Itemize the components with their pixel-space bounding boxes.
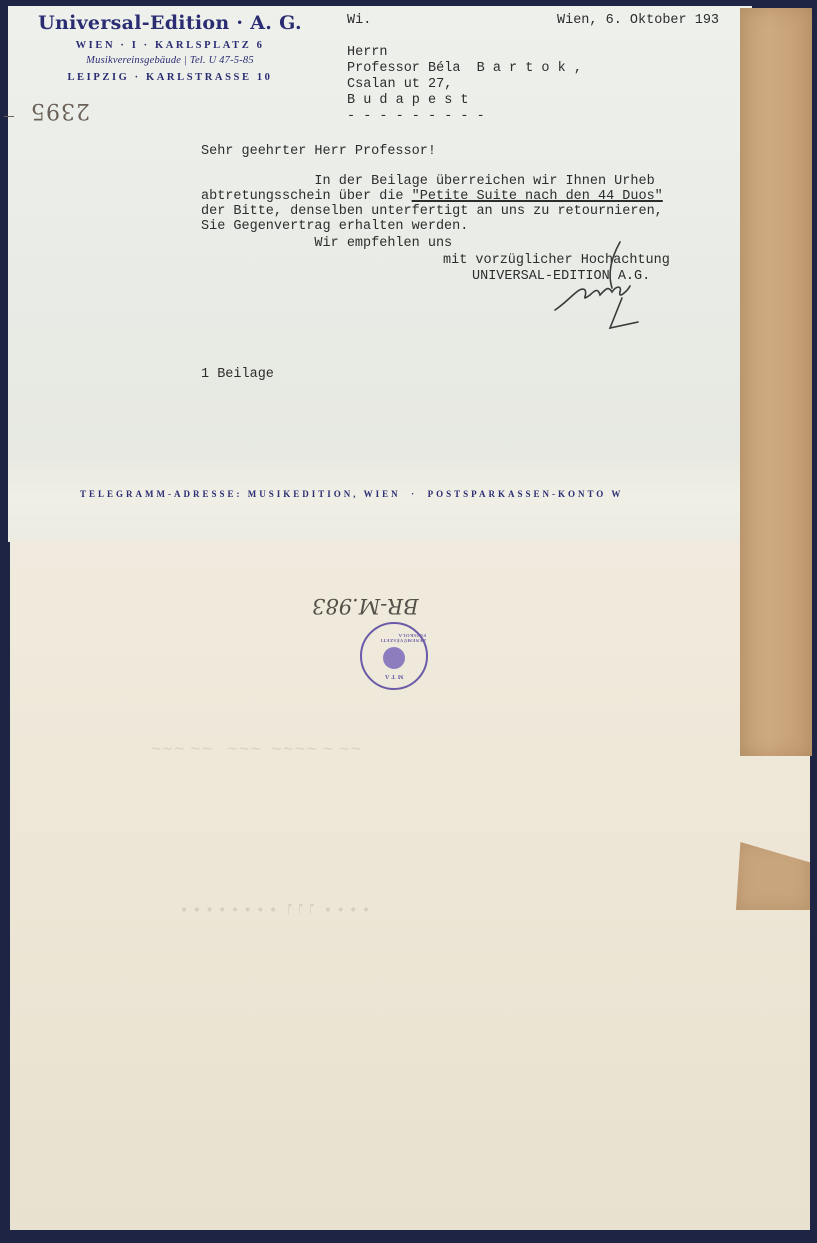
body-line-2: abtretungsschein über die "Petite Suite … — [201, 190, 663, 204]
company-name: Universal-Edition · A. G. — [30, 12, 310, 34]
recipient-name: Professor Béla B a r t o k , — [347, 62, 582, 76]
body-line-3: der Bitte, denselben unterfertigt an uns… — [201, 205, 663, 219]
reference-initials: Wi. — [347, 14, 371, 28]
signature — [550, 240, 650, 335]
stamp-emblem-icon — [383, 647, 405, 669]
bleed-through-music: • • • • ♩ ♩ ♩ • • • • • • • • — [180, 900, 370, 916]
library-stamp: M T A ZENEMŰVÉSZETI FŐISKOLA — [360, 622, 428, 690]
vienna-address: WIEN · I · KARLSPLATZ 6 — [30, 40, 310, 51]
work-title: "Petite Suite nach den 44 Duos" — [412, 189, 663, 204]
body-line-2-prefix: abtretungsschein über die — [201, 189, 412, 204]
greeting: Sehr geehrter Herr Professor! — [201, 145, 436, 159]
shelfmark: BR-M.983 — [312, 594, 419, 618]
telegram-footer: TELEGRAMM-ADRESSE: MUSIKEDITION, WIEN · … — [80, 489, 623, 499]
recipient-street: Csalan ut 27, — [347, 78, 452, 92]
letterhead: Universal-Edition · A. G. WIEN · I · KAR… — [30, 12, 310, 83]
body-line-1: In der Beilage überreichen wir Ihnen Urh… — [201, 175, 655, 189]
archive-mark-dash — [4, 116, 14, 117]
letter-date: Wien, 6. Oktober 193 — [557, 14, 719, 28]
stamp-text-bottom: ZENEMŰVÉSZETI FŐISKOLA — [362, 633, 426, 643]
enclosure-note: 1 Beilage — [201, 368, 274, 382]
bleed-through-notes: ~~ ~ ~~~~ ~~~ ~~ ~~~ — [150, 740, 362, 756]
recipient-herrn: Herrn — [347, 46, 388, 60]
body-line-5: Wir empfehlen uns — [201, 237, 452, 251]
archive-number: 2395 — [30, 98, 90, 123]
leipzig-address: LEIPZIG · KARLSTRASSE 10 — [30, 72, 310, 83]
building-phone: Musikvereinsgebäude | Tel. U 47-5-85 — [30, 55, 310, 66]
stamp-text-top: M T A — [385, 673, 404, 679]
body-line-4: Sie Gegenvertrag erhalten werden. — [201, 220, 468, 234]
adhesive-tape-strip — [740, 8, 812, 756]
footer-band — [8, 458, 752, 542]
address-separator: - - - - - - - - - — [347, 110, 485, 124]
recipient-city: B u d a p e s t — [347, 94, 469, 108]
